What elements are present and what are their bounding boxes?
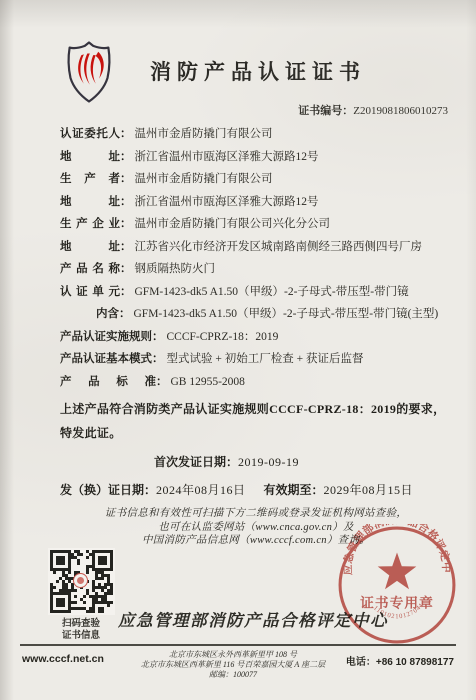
field-row-certification-unit: 认证单元：GFM-1423-dk5 A1.50（甲级）-2-子母式-带压型-带门… <box>60 285 452 300</box>
field-row-product-name: 产品名称：钢质隔热防火门 <box>60 262 452 277</box>
qr-block: 扫码查验 证书信息 <box>45 548 117 642</box>
label-colon: ： <box>152 330 164 345</box>
certificate-number-label: 证书编号： <box>298 105 353 117</box>
field-value: 浙江省温州市瓯海区泽雅大源路12号 <box>135 195 453 210</box>
certificate-title: 消防产品认证证书 <box>150 56 440 86</box>
field-value: 温州市金盾防撬门有限公司 <box>135 172 453 187</box>
label-colon: ： <box>120 262 132 277</box>
conformity-statement: 上述产品符合消防类产品认证实施规则CCCF-CPRZ-18：2019的要求，特发… <box>60 397 448 445</box>
footer-phone: 电话：+86 10 87898177 <box>326 650 454 668</box>
label-colon: ： <box>156 375 168 390</box>
field-value: CCCF-CPRZ-18：2019 <box>167 330 453 345</box>
field-label: 产品认证实施规则 <box>60 330 152 345</box>
certificate-page: 消防产品认证证书 证书编号：Z2019081806010273 认证委托人：温州… <box>0 0 476 700</box>
reissue-date-label: 发（换）证日期： <box>60 483 156 497</box>
valid-until-label: 有效期至： <box>264 483 324 497</box>
field-value: 浙江省温州市瓯海区泽雅大源路12号 <box>135 150 453 165</box>
certificate-fields: 认证委托人：温州市金盾防撬门有限公司 地址：浙江省温州市瓯海区泽雅大源路12号 … <box>60 127 452 548</box>
field-label: 生产者 <box>60 172 120 187</box>
qr-caption: 扫码查验 证书信息 <box>45 619 117 642</box>
field-label: 认证委托人 <box>60 127 120 142</box>
notice-line: 证书信息和有效性可扫描下方二维码或登录发证机构网站查验， <box>60 507 452 521</box>
field-row-manufacturer: 生产企业：温州市金盾防撬门有限公司兴化分公司 <box>60 217 452 232</box>
label-colon: ： <box>120 195 132 210</box>
field-label: 产品名称 <box>60 262 120 277</box>
field-label: 地址 <box>60 195 120 210</box>
field-row-manufacturer-address: 地址：江苏省兴化市经济开发区城南路南侧经三路西侧四号厂房 <box>60 240 452 255</box>
certificate-number-value: Z2019081806010273 <box>353 105 448 117</box>
field-label: 生产企业 <box>60 217 120 232</box>
valid-until-value: 2029年08月15日 <box>324 483 414 497</box>
field-row-producer-address: 地址：浙江省温州市瓯海区泽雅大源路12号 <box>60 195 452 210</box>
label-colon: ： <box>152 352 164 367</box>
qr-caption-line: 扫码查验 <box>45 619 117 631</box>
label-colon: ： <box>120 150 132 165</box>
footer-postcode: 邮编：100077 <box>140 670 326 680</box>
field-label: 内含 <box>96 307 119 322</box>
reissue-date-value: 2024年08月16日 <box>156 483 246 497</box>
field-row-applicant: 认证委托人：温州市金盾防撬门有限公司 <box>60 127 452 142</box>
field-label: 认证单元 <box>60 285 120 300</box>
field-value: 型式试验 + 初始工厂检查 + 获证后监督 <box>167 352 453 367</box>
field-value: 温州市金盾防撬门有限公司 <box>135 127 453 142</box>
label-colon: ： <box>120 127 132 142</box>
shield-outline <box>69 43 110 102</box>
footer-address: 北京市东城区永外西革新里甲 108 号 北京市东城区西革新里 116 号百荣嘉园… <box>140 650 326 680</box>
first-issue-date-label: 首次发证日期： <box>154 455 238 469</box>
first-issue-date-row: 首次发证日期：2019-09-19 <box>154 453 452 470</box>
field-row-certification-mode: 产品认证基本模式：型式试验 + 初始工厂检查 + 获证后监督 <box>60 352 452 367</box>
label-colon: ： <box>119 307 131 322</box>
fire-shield-logo-icon <box>62 40 116 104</box>
field-row-producer: 生产者：温州市金盾防撬门有限公司 <box>60 172 452 187</box>
label-colon: ： <box>120 285 132 300</box>
field-value: GFM-1423-dk5 A1.50（甲级）-2-子母式-带压型-带门镜(主型) <box>134 307 453 322</box>
reissue-date-row: 发（换）证日期：2024年08月16日有效期至：2029年08月15日 <box>60 481 452 498</box>
official-seal: 应急管理部消防产品合格评定中心 证书专用章 11010210127041 <box>336 524 458 646</box>
field-label: 地址 <box>60 150 120 165</box>
field-value: GB 12955-2008 <box>171 375 453 390</box>
field-label: 产品标准 <box>60 375 156 390</box>
footer-website: www.cccf.net.cn <box>22 650 140 665</box>
first-issue-date-value: 2019-09-19 <box>238 455 299 469</box>
label-colon: ： <box>120 240 132 255</box>
flame-strokes <box>78 52 104 85</box>
field-value: 钢质隔热防火门 <box>135 262 453 277</box>
certificate-number: 证书编号：Z2019081806010273 <box>298 102 448 118</box>
footer-address-line: 北京市东城区西革新里 116 号百荣嘉园大厦 A 座二层 <box>140 660 326 670</box>
qr-caption-line: 证书信息 <box>45 631 117 643</box>
field-row-applicant-address: 地址：浙江省温州市瓯海区泽雅大源路12号 <box>60 150 452 165</box>
qr-center-logo-icon <box>73 573 88 588</box>
field-row-product-standard: 产品标准：GB 12955-2008 <box>60 375 452 390</box>
seal-star-icon <box>378 552 417 589</box>
field-row-certification-rule: 产品认证实施规则：CCCF-CPRZ-18：2019 <box>60 330 452 345</box>
label-colon: ： <box>120 217 132 232</box>
field-label: 地址 <box>60 240 120 255</box>
field-value: GFM-1423-dk5 A1.50（甲级）-2-子母式-带压型-带门镜 <box>135 285 453 300</box>
field-value: 温州市金盾防撬门有限公司兴化分公司 <box>135 217 453 232</box>
footer-address-line: 北京市东城区永外西革新里甲 108 号 <box>140 650 326 660</box>
label-colon: ： <box>120 172 132 187</box>
field-row-unit-contains: 内含：GFM-1423-dk5 A1.50（甲级）-2-子母式-带压型-带门镜(… <box>96 307 452 322</box>
footer: www.cccf.net.cn 北京市东城区永外西革新里甲 108 号 北京市东… <box>0 650 476 680</box>
field-label: 产品认证基本模式 <box>60 352 152 367</box>
field-value: 江苏省兴化市经济开发区城南路南侧经三路西侧四号厂房 <box>135 240 453 255</box>
qr-code <box>48 548 115 615</box>
